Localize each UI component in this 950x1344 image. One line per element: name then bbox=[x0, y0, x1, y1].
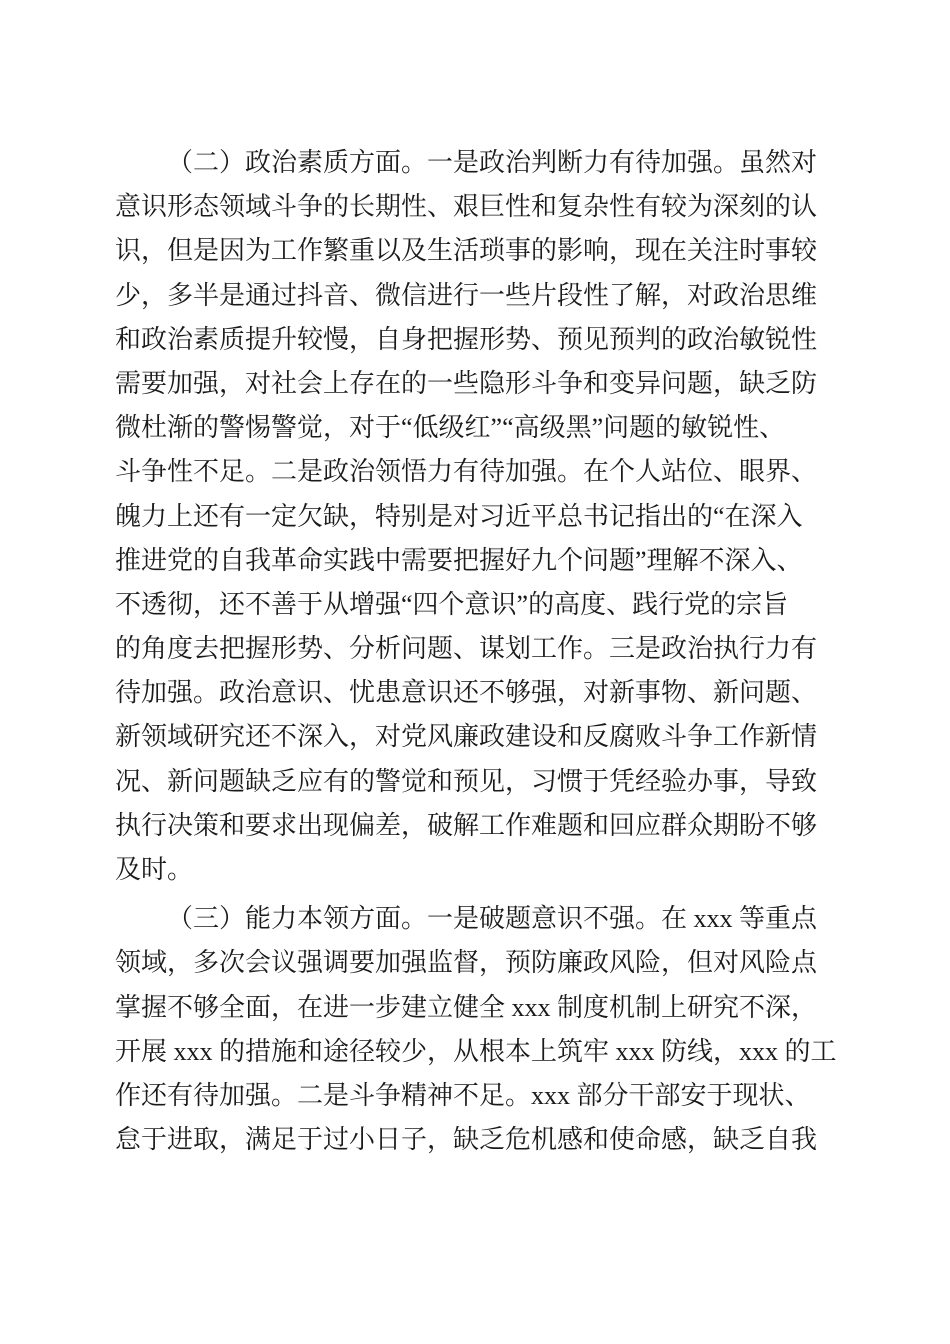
text-line: 况、新问题缺乏应有的警觉和预见，习惯于凭经验办事，导致 bbox=[115, 760, 835, 804]
text-line: 不透彻，还不善于从增强“四个意识”的高度、践行党的宗旨 bbox=[115, 583, 835, 627]
text-line: 魄力上还有一定欠缺，特别是对习近平总书记指出的“在深入 bbox=[115, 495, 835, 539]
text-line: 少，多半是通过抖音、微信进行一些片段性了解，对政治思维 bbox=[115, 274, 835, 318]
text-line: 怠于进取，满足于过小日子，缺乏危机感和使命感，缺乏自我 bbox=[115, 1118, 835, 1162]
text-line: 执行决策和要求出现偏差，破解工作难题和回应群众期盼不够 bbox=[115, 804, 835, 848]
text-line: 开展 xxx 的措施和途径较少，从根本上筑牢 xxx 防线，xxx 的工 bbox=[115, 1030, 835, 1074]
paragraph-capability-section: （三）能力本领方面。一是破题意识不强。在 xxx 等重点领域，多次会议强调要加强… bbox=[115, 897, 835, 1162]
text-line: 和政治素质提升较慢，自身把握形势、预见预判的政治敏锐性 bbox=[115, 318, 835, 362]
document-page: （二）政治素质方面。一是政治判断力有待加强。虽然对意识形态领域斗争的长期性、艰巨… bbox=[0, 0, 950, 1344]
text-line: 微杜渐的警惕警觉，对于“低级红”“高级黑”问题的敏锐性、 bbox=[115, 406, 835, 450]
text-line: （三）能力本领方面。一是破题意识不强。在 xxx 等重点 bbox=[115, 897, 835, 941]
text-line: 识，但是因为工作繁重以及生活琐事的影响，现在关注时事较 bbox=[115, 229, 835, 273]
text-line: 推进党的自我革命实践中需要把握好九个问题”理解不深入、 bbox=[115, 539, 835, 583]
text-line: 新领域研究还不深入，对党风廉政建设和反腐败斗争工作新情 bbox=[115, 715, 835, 759]
text-line: 领域，多次会议强调要加强监督，预防廉政风险，但对风险点 bbox=[115, 941, 835, 985]
text-line: 待加强。政治意识、忧患意识还不够强，对新事物、新问题、 bbox=[115, 671, 835, 715]
document-body: （二）政治素质方面。一是政治判断力有待加强。虽然对意识形态领域斗争的长期性、艰巨… bbox=[115, 141, 835, 1162]
text-line: 的角度去把握形势、分析问题、谋划工作。三是政治执行力有 bbox=[115, 627, 835, 671]
text-line: （二）政治素质方面。一是政治判断力有待加强。虽然对 bbox=[115, 141, 835, 185]
text-line: 作还有待加强。二是斗争精神不足。xxx 部分干部安于现状、 bbox=[115, 1074, 835, 1118]
text-line: 斗争性不足。二是政治领悟力有待加强。在个人站位、眼界、 bbox=[115, 450, 835, 494]
paragraph-political-quality-section: （二）政治素质方面。一是政治判断力有待加强。虽然对意识形态领域斗争的长期性、艰巨… bbox=[115, 141, 835, 892]
text-line: 掌握不够全面，在进一步建立健全 xxx 制度机制上研究不深， bbox=[115, 986, 835, 1030]
text-line: 需要加强，对社会上存在的一些隐形斗争和变异问题，缺乏防 bbox=[115, 362, 835, 406]
text-line: 意识形态领域斗争的长期性、艰巨性和复杂性有较为深刻的认 bbox=[115, 185, 835, 229]
text-line: 及时。 bbox=[115, 848, 835, 892]
